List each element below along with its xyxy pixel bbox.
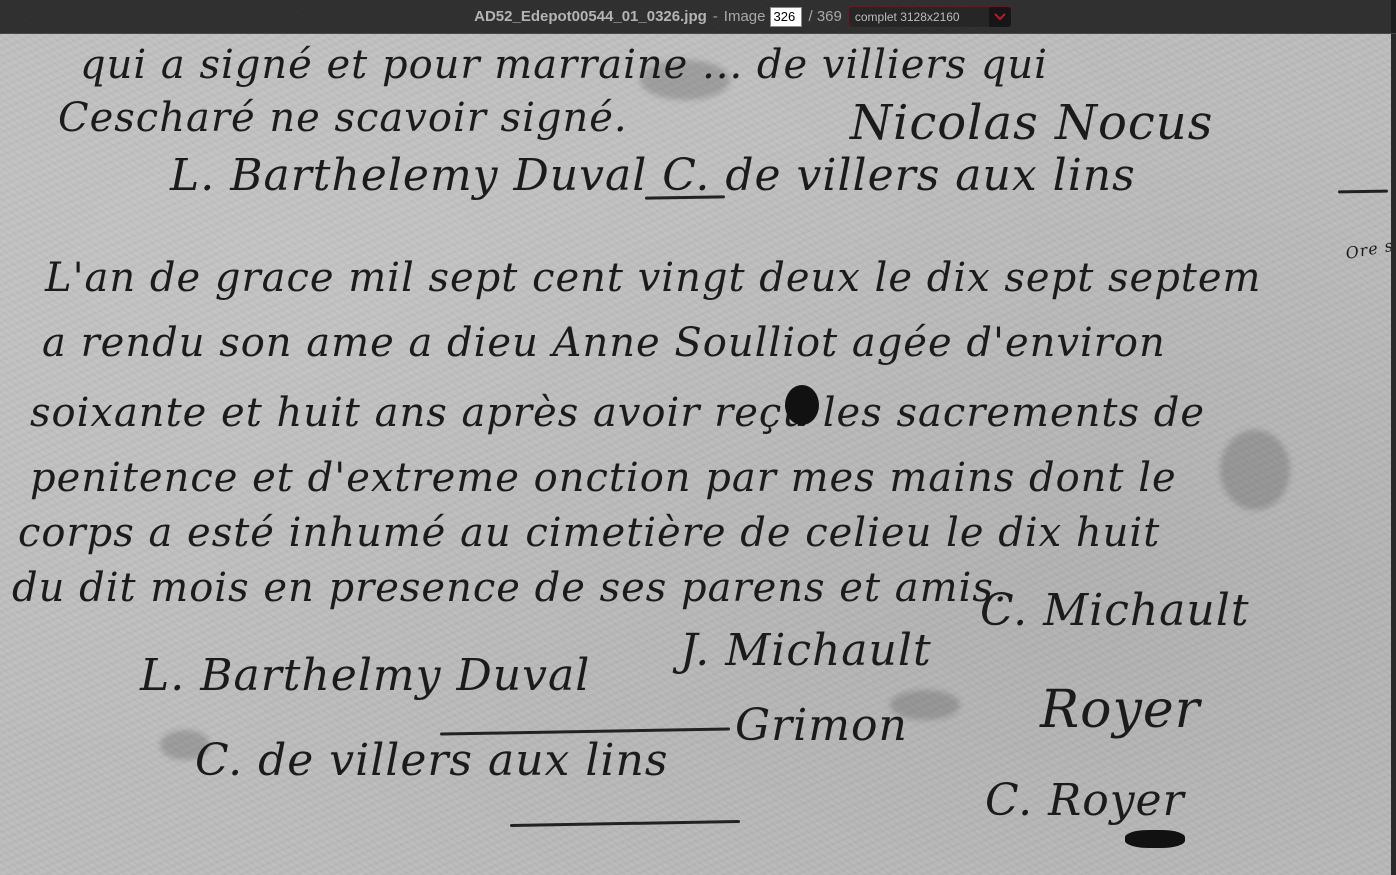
signature-duval: L. Barthelmy Duval [140, 650, 590, 701]
signature-royer: Royer [1040, 680, 1200, 740]
text-line-7: penitence et d'extreme onction par mes m… [30, 455, 1177, 501]
image-filename: AD52_Edepot00544_01_0326.jpg [474, 8, 707, 25]
signature-underline [1338, 190, 1388, 194]
margin-note: Ore septem [1344, 226, 1396, 263]
signature-de-villers: C. de villers aux lins [195, 735, 668, 786]
text-line-1: qui a signé et pour marraine ... de vill… [80, 42, 1048, 88]
text-line-5: a rendu son ame a dieu Anne Soulliot agé… [42, 320, 1166, 366]
text-line-4: L'an de grace mil sept cent vingt deux l… [45, 255, 1261, 301]
image-viewer[interactable]: qui a signé et pour marraine ... de vill… [0, 0, 1396, 875]
title-separator: - [713, 8, 718, 25]
text-line-8: corps a esté inhumé au cimetière de celi… [18, 510, 1160, 556]
image-label: Image [724, 8, 766, 25]
viewer-toolbar: AD52_Edepot00544_01_0326.jpg - Image / 3… [0, 0, 1396, 34]
page-number-input[interactable] [770, 7, 802, 27]
signature-c-michault: C. Michault [980, 585, 1250, 636]
text-line-9: du dit mois en presence de ses parens et… [12, 565, 1008, 611]
text-line-2: Cescharé ne scavoir signé. [58, 95, 628, 141]
total-pages: / 369 [808, 8, 841, 25]
text-line-3: L. Barthelemy Duval C. de villers aux li… [170, 150, 1136, 201]
signature-j-michault: J. Michault [680, 625, 932, 676]
ink-blot [785, 385, 819, 425]
text-line-6: soixante et huit ans après avoir reçu le… [30, 390, 1205, 436]
signature-nicolas-nocus: Nicolas Nocus [850, 95, 1213, 151]
view-mode-select[interactable]: complet 3128x2160 [848, 6, 1012, 28]
chevron-down-icon[interactable] [989, 7, 1011, 27]
view-mode-value: complet 3128x2160 [855, 10, 960, 24]
viewer-right-edge [1391, 0, 1396, 875]
scanned-document-image[interactable]: qui a signé et pour marraine ... de vill… [0, 0, 1391, 875]
signature-c-royer: C. Royer [985, 775, 1185, 826]
signature-grimon: Grimon [735, 700, 908, 751]
ink-blot [1125, 830, 1185, 848]
ink-stain [1220, 430, 1290, 510]
signature-underline [510, 820, 740, 827]
